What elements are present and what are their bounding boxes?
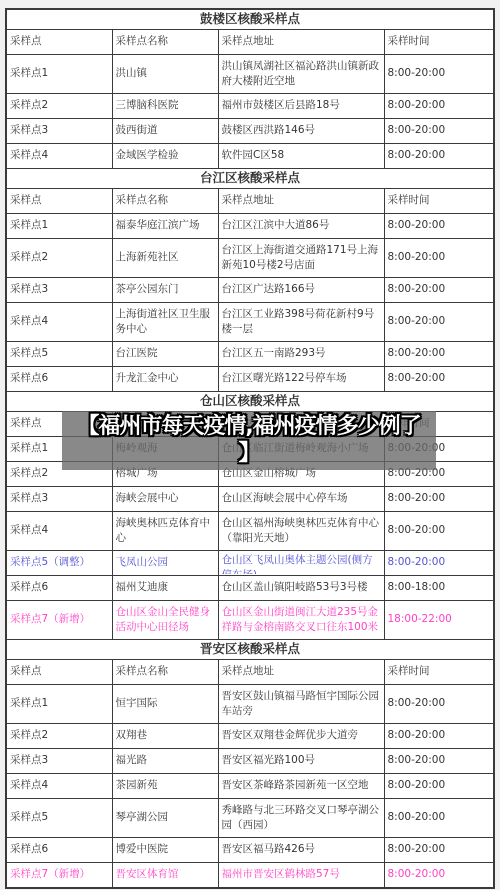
cell-time-text: 8:00-20:00 (388, 728, 491, 743)
section-row: 晋安区核酸采样点 (6, 640, 494, 660)
cell-address-text: 秀峰路与北三环路交叉口琴亭湖公园（西园） (222, 803, 381, 833)
table-row: 采样点1洪山镇洪山镇凤湖社区福沁路洪山镇新政府大楼附近空地8:00-20:00 (6, 55, 494, 94)
cell-time-text: 8:00-20:00 (388, 346, 491, 361)
column-header: 采样时间 (384, 30, 494, 55)
cell-time-text: 8:00-20:00 (388, 282, 491, 297)
cell-name: 福光路 (112, 749, 218, 774)
cell-point: 采样点2 (6, 239, 112, 278)
cell-point: 采样点6 (6, 576, 112, 601)
cell-address: 仓山区盖山镇阳岐路53号3号楼 (218, 576, 384, 601)
cell-address: 台江区工业路398号荷花新村9号楼一层 (218, 303, 384, 342)
cell-time: 8:00-20:00 (384, 55, 494, 94)
table-row: 采样点6福州艾迪康仓山区盖山镇阳岐路53号3号楼8:00-18:00 (6, 576, 494, 601)
table-row: 采样点1福泰华庭江滨广场台江区江滨中大道86号8:00-20:00 (6, 214, 494, 239)
cell-point: 采样点1 (6, 685, 112, 724)
cell-point: 采样点2 (6, 94, 112, 119)
cell-time-text: 8:00-20:00 (388, 842, 491, 857)
cell-time: 8:00-20:00 (384, 239, 494, 278)
table-row: 采样点2三博脑科医院福州市鼓楼区后县路18号8:00-20:00 (6, 94, 494, 119)
cell-address: 晋安区双翔巷金辉优步大道旁 (218, 724, 384, 749)
sampling-sites-table-wrap: 鼓楼区核酸采样点采样点采样点名称采样点地址采样时间采样点1洪山镇洪山镇凤湖社区福… (5, 8, 493, 889)
cell-point: 采样点3 (6, 749, 112, 774)
cell-point-text: 采样点3 (10, 491, 109, 506)
cell-point: 采样点5（调整） (6, 551, 112, 576)
column-header: 采样点名称 (112, 660, 218, 685)
cell-point-text: 采样点1 (10, 218, 109, 233)
column-header-row: 采样点采样点名称采样点地址采样时间 (6, 30, 494, 55)
cell-address: 福州市晋安区鹤林路57号 (218, 863, 384, 889)
cell-time: 18:00-22:00 (384, 601, 494, 640)
page: { "overlay": { "line1": "【福州市每天疫情,福州疫情多少… (0, 0, 500, 890)
cell-point-text: 采样点2 (10, 250, 109, 265)
cell-name-text: 升龙汇金中心 (116, 371, 215, 386)
cell-name: 洪山镇 (112, 55, 218, 94)
cell-point-text: 采样点2 (10, 98, 109, 113)
cell-point-text: 采样点3 (10, 282, 109, 297)
cell-point-text: 采样点6 (10, 842, 109, 857)
cell-address: 台江区曙光路122号停车场 (218, 367, 384, 392)
section-title: 鼓楼区核酸采样点 (6, 9, 494, 30)
table-row: 采样点3茶亭公园东门台江区广达路166号8:00-20:00 (6, 278, 494, 303)
cell-name-text: 金域医学检验 (116, 148, 215, 163)
table-row: 采样点2双翔巷晋安区双翔巷金辉优步大道旁8:00-20:00 (6, 724, 494, 749)
cell-name-text: 海峡会展中心 (116, 491, 215, 506)
table-row: 采样点6升龙汇金中心台江区曙光路122号停车场8:00-20:00 (6, 367, 494, 392)
table-row: 采样点4金域医学检验软件园C区588:00-20:00 (6, 144, 494, 169)
cell-address: 台江区上海街道交通路171号上海新苑10号楼2号店面 (218, 239, 384, 278)
cell-time-text: 8:00-20:00 (388, 491, 491, 506)
cell-time-text: 8:00-20:00 (388, 250, 491, 265)
cell-name-text: 双翔巷 (116, 728, 215, 743)
cell-address-text: 台江区五一南路293号 (222, 346, 381, 361)
cell-point: 采样点7（新增） (6, 601, 112, 640)
cell-time-text: 8:00-20:00 (388, 371, 491, 386)
cell-time: 8:00-20:00 (384, 119, 494, 144)
headline-text: 【福州市每天疫情,福州疫情多少例了 (77, 414, 420, 440)
table-row: 采样点2上海新苑社区台江区上海街道交通路171号上海新苑10号楼2号店面8:00… (6, 239, 494, 278)
table-row: 采样点6博爱中医院晋安区福马路426号8:00-20:00 (6, 838, 494, 863)
cell-name-text: 恒宇国际 (116, 696, 215, 711)
cell-point-text: 采样点3 (10, 123, 109, 138)
cell-point: 采样点5 (6, 342, 112, 367)
cell-name: 恒宇国际 (112, 685, 218, 724)
cell-address-text: 鼓楼区西洪路146号 (222, 123, 381, 138)
cell-point-text: 采样点5（调整） (10, 555, 109, 570)
cell-name: 双翔巷 (112, 724, 218, 749)
cell-time: 8:00-20:00 (384, 303, 494, 342)
cell-name: 琴亭湖公园 (112, 799, 218, 838)
cell-name: 海峡奥林匹克体育中心 (112, 512, 218, 551)
cell-time: 8:00-20:00 (384, 724, 494, 749)
cell-point: 采样点3 (6, 487, 112, 512)
cell-address-text: 仓山区飞凤山奥体主题公园(侧方停车场) (222, 553, 381, 574)
cell-address: 晋安区福光路100号 (218, 749, 384, 774)
cell-point: 采样点1 (6, 214, 112, 239)
cell-point-text: 采样点7（新增） (10, 612, 109, 627)
cell-name-text: 飞凤山公园 (116, 555, 215, 570)
cell-point: 采样点1 (6, 55, 112, 94)
cell-point: 采样点6 (6, 367, 112, 392)
cell-address: 秀峰路与北三环路交叉口琴亭湖公园（西园） (218, 799, 384, 838)
cell-address: 仓山区飞凤山奥体主题公园(侧方停车场) (218, 551, 384, 576)
cell-time: 8:00-20:00 (384, 487, 494, 512)
cell-time: 8:00-20:00 (384, 278, 494, 303)
cell-point-text: 采样点4 (10, 778, 109, 793)
cell-point: 采样点3 (6, 119, 112, 144)
cell-time-text: 8:00-20:00 (388, 218, 491, 233)
cell-time-text: 8:00-20:00 (388, 696, 491, 711)
cell-time: 8:00-20:00 (384, 749, 494, 774)
cell-address-text: 福州市鼓楼区后县路18号 (222, 98, 381, 113)
table-row: 采样点7（新增）仓山区金山全民健身活动中心田径场仓山区金山街道闽江大道235号金… (6, 601, 494, 640)
column-header: 采样时间 (384, 660, 494, 685)
section-title: 台江区核酸采样点 (6, 169, 494, 189)
table-row: 采样点4茶园新苑晋安区茶峰路茶园新苑一区空地8:00-20:00 (6, 774, 494, 799)
cell-time: 8:00-20:00 (384, 342, 494, 367)
column-header: 采样点 (6, 30, 112, 55)
cell-point-text: 采样点4 (10, 314, 109, 329)
cell-point: 采样点5 (6, 799, 112, 838)
cell-time: 8:00-20:00 (384, 144, 494, 169)
cell-name: 福州艾迪康 (112, 576, 218, 601)
section-title: 仓山区核酸采样点 (6, 392, 494, 412)
cell-name: 海峡会展中心 (112, 487, 218, 512)
cell-address: 仓山区金山街道闽江大道235号金祥路与金榕南路交叉口往东100米 (218, 601, 384, 640)
cell-time-text: 8:00-20:00 (388, 98, 491, 113)
cell-time-text: 8:00-20:00 (388, 867, 491, 882)
cell-name: 台江医院 (112, 342, 218, 367)
cell-address-text: 台江区曙光路122号停车场 (222, 371, 381, 386)
cell-point-text: 采样点4 (10, 523, 109, 538)
cell-address: 台江区五一南路293号 (218, 342, 384, 367)
cell-address-text: 晋安区鼓山镇福马路恒宇国际公园车站旁 (222, 689, 381, 719)
column-header: 采样点 (6, 189, 112, 214)
column-header: 采样点名称 (112, 30, 218, 55)
cell-address: 仓山区福州海峡奥林匹克体育中心（靠阳光天地） (218, 512, 384, 551)
table-row: 采样点4上海街道社区卫生服务中心台江区工业路398号荷花新村9号楼一层8:00-… (6, 303, 494, 342)
cell-name-text: 洪山镇 (116, 66, 215, 81)
cell-name-text: 茶亭公园东门 (116, 282, 215, 297)
cell-address-text: 仓山区盖山镇阳岐路53号3号楼 (222, 580, 381, 595)
cell-name-text: 福州艾迪康 (116, 580, 215, 595)
column-header-row: 采样点采样点名称采样点地址采样时间 (6, 660, 494, 685)
cell-address-text: 晋安区茶峰路茶园新苑一区空地 (222, 778, 381, 793)
cell-name-text: 海峡奥林匹克体育中心 (116, 516, 215, 546)
cell-name-text: 仓山区金山全民健身活动中心田径场 (116, 605, 215, 635)
table-row: 采样点5（调整）飞凤山公园仓山区飞凤山奥体主题公园(侧方停车场)8:00-20:… (6, 551, 494, 576)
cell-address: 晋安区茶峰路茶园新苑一区空地 (218, 774, 384, 799)
section-title: 晋安区核酸采样点 (6, 640, 494, 660)
cell-point: 采样点6 (6, 838, 112, 863)
table-row: 采样点1恒宇国际晋安区鼓山镇福马路恒宇国际公园车站旁8:00-20:00 (6, 685, 494, 724)
cell-address-text: 台江区工业路398号荷花新村9号楼一层 (222, 307, 381, 337)
cell-point: 采样点4 (6, 512, 112, 551)
cell-time: 8:00-20:00 (384, 367, 494, 392)
section-row: 台江区核酸采样点 (6, 169, 494, 189)
cell-address-text: 台江区广达路166号 (222, 282, 381, 297)
cell-point: 采样点4 (6, 144, 112, 169)
cell-name: 茶亭公园东门 (112, 278, 218, 303)
column-header: 采样点地址 (218, 30, 384, 55)
cell-name: 三博脑科医院 (112, 94, 218, 119)
cell-time-text: 8:00-20:00 (388, 66, 491, 81)
cell-time: 8:00-20:00 (384, 774, 494, 799)
cell-name-text: 鼓西街道 (116, 123, 215, 138)
cell-time: 8:00-20:00 (384, 838, 494, 863)
cell-point-text: 采样点1 (10, 696, 109, 711)
cell-time-text: 8:00-20:00 (388, 123, 491, 138)
table-row: 采样点7（新增）晋安区体育馆福州市晋安区鹤林路57号8:00-20:00 (6, 863, 494, 889)
cell-address: 台江区江滨中大道86号 (218, 214, 384, 239)
cell-address-text: 福州市晋安区鹤林路57号 (222, 867, 381, 882)
cell-address: 仓山区海峡会展中心停车场 (218, 487, 384, 512)
headline-closing-bracket: 】 (238, 441, 259, 467)
table-row: 采样点5琴亭湖公园秀峰路与北三环路交叉口琴亭湖公园（西园）8:00-20:00 (6, 799, 494, 838)
cell-name-text: 茶园新苑 (116, 778, 215, 793)
cell-address-text: 台江区上海街道交通路171号上海新苑10号楼2号店面 (222, 243, 381, 273)
cell-address-text: 洪山镇凤湖社区福沁路洪山镇新政府大楼附近空地 (222, 59, 381, 89)
section-row: 仓山区核酸采样点 (6, 392, 494, 412)
cell-name: 金域医学检验 (112, 144, 218, 169)
table-row: 采样点3福光路晋安区福光路100号8:00-20:00 (6, 749, 494, 774)
cell-address-text: 软件园C区58 (222, 148, 381, 163)
cell-address-text: 晋安区双翔巷金辉优步大道旁 (222, 728, 381, 743)
column-header: 采样点名称 (112, 189, 218, 214)
cell-point-text: 采样点2 (10, 728, 109, 743)
cell-time-text: 8:00-20:00 (388, 314, 491, 329)
cell-point-text: 采样点6 (10, 580, 109, 595)
cell-name: 福泰华庭江滨广场 (112, 214, 218, 239)
cell-name-text: 三博脑科医院 (116, 98, 215, 113)
cell-name-text: 上海街道社区卫生服务中心 (116, 307, 215, 337)
cell-name: 晋安区体育馆 (112, 863, 218, 889)
cell-time: 8:00-20:00 (384, 214, 494, 239)
cell-time-text: 8:00-20:00 (388, 778, 491, 793)
cell-time-text: 18:00-22:00 (388, 612, 491, 627)
cell-name-text: 晋安区体育馆 (116, 867, 215, 882)
cell-point-text: 采样点7（新增） (10, 867, 109, 882)
cell-time-text: 8:00-20:00 (388, 555, 491, 570)
cell-address: 福州市鼓楼区后县路18号 (218, 94, 384, 119)
column-header: 采样时间 (384, 189, 494, 214)
cell-point: 采样点3 (6, 278, 112, 303)
cell-time: 8:00-20:00 (384, 94, 494, 119)
cell-point: 采样点7（新增） (6, 863, 112, 889)
cell-time: 8:00-20:00 (384, 512, 494, 551)
cell-address-text: 仓山区福州海峡奥林匹克体育中心（靠阳光天地） (222, 516, 381, 546)
cell-name: 茶园新苑 (112, 774, 218, 799)
cell-point-text: 采样点5 (10, 346, 109, 361)
cell-time: 8:00-20:00 (384, 685, 494, 724)
cell-address-text: 仓山区海峡会展中心停车场 (222, 491, 381, 506)
cell-time-text: 8:00-20:00 (388, 810, 491, 825)
column-header: 采样点地址 (218, 660, 384, 685)
cell-time: 8:00-18:00 (384, 576, 494, 601)
table-row: 采样点3鼓西街道鼓楼区西洪路146号8:00-20:00 (6, 119, 494, 144)
cell-point-text: 采样点5 (10, 810, 109, 825)
cell-time-text: 8:00-20:00 (388, 753, 491, 768)
cell-point-text: 采样点4 (10, 148, 109, 163)
cell-time: 8:00-20:00 (384, 551, 494, 576)
cell-point: 采样点2 (6, 724, 112, 749)
cell-name: 仓山区金山全民健身活动中心田径场 (112, 601, 218, 640)
cell-address: 鼓楼区西洪路146号 (218, 119, 384, 144)
cell-name: 鼓西街道 (112, 119, 218, 144)
section-row: 鼓楼区核酸采样点 (6, 9, 494, 30)
cell-address-text: 仓山区金山街道闽江大道235号金祥路与金榕南路交叉口往东100米 (222, 605, 381, 635)
cell-time: 8:00-20:00 (384, 799, 494, 838)
cell-name-text: 台江医院 (116, 346, 215, 361)
cell-point-text: 采样点6 (10, 371, 109, 386)
cell-name-text: 琴亭湖公园 (116, 810, 215, 825)
table-row: 采样点5台江医院台江区五一南路293号8:00-20:00 (6, 342, 494, 367)
cell-address: 晋安区鼓山镇福马路恒宇国际公园车站旁 (218, 685, 384, 724)
cell-name: 上海街道社区卫生服务中心 (112, 303, 218, 342)
table-row: 采样点4海峡奥林匹克体育中心仓山区福州海峡奥林匹克体育中心（靠阳光天地）8:00… (6, 512, 494, 551)
column-header: 采样点地址 (218, 189, 384, 214)
cell-time: 8:00-20:00 (384, 863, 494, 889)
cell-address: 晋安区福马路426号 (218, 838, 384, 863)
cell-name-text: 福泰华庭江滨广场 (116, 218, 215, 233)
cell-time-text: 8:00-20:00 (388, 523, 491, 538)
cell-name-text: 上海新苑社区 (116, 250, 215, 265)
cell-address-text: 晋安区福马路426号 (222, 842, 381, 857)
cell-name-text: 福光路 (116, 753, 215, 768)
cell-name-text: 博爱中医院 (116, 842, 215, 857)
column-header: 采样点 (6, 660, 112, 685)
table-row: 采样点3海峡会展中心仓山区海峡会展中心停车场8:00-20:00 (6, 487, 494, 512)
cell-point-text: 采样点1 (10, 66, 109, 81)
cell-name: 博爱中医院 (112, 838, 218, 863)
cell-point-text: 采样点3 (10, 753, 109, 768)
cell-address: 洪山镇凤湖社区福沁路洪山镇新政府大楼附近空地 (218, 55, 384, 94)
cell-time-text: 8:00-20:00 (388, 148, 491, 163)
cell-name: 升龙汇金中心 (112, 367, 218, 392)
cell-address-text: 晋安区福光路100号 (222, 753, 381, 768)
cell-point: 采样点4 (6, 774, 112, 799)
cell-time-text: 8:00-18:00 (388, 580, 491, 595)
cell-address: 软件园C区58 (218, 144, 384, 169)
cell-name: 飞凤山公园 (112, 551, 218, 576)
cell-address-text: 台江区江滨中大道86号 (222, 218, 381, 233)
cell-name: 上海新苑社区 (112, 239, 218, 278)
cell-address: 台江区广达路166号 (218, 278, 384, 303)
cell-point: 采样点4 (6, 303, 112, 342)
headline-overlay: 【福州市每天疫情,福州疫情多少例了 】 (62, 411, 436, 470)
column-header-row: 采样点采样点名称采样点地址采样时间 (6, 189, 494, 214)
